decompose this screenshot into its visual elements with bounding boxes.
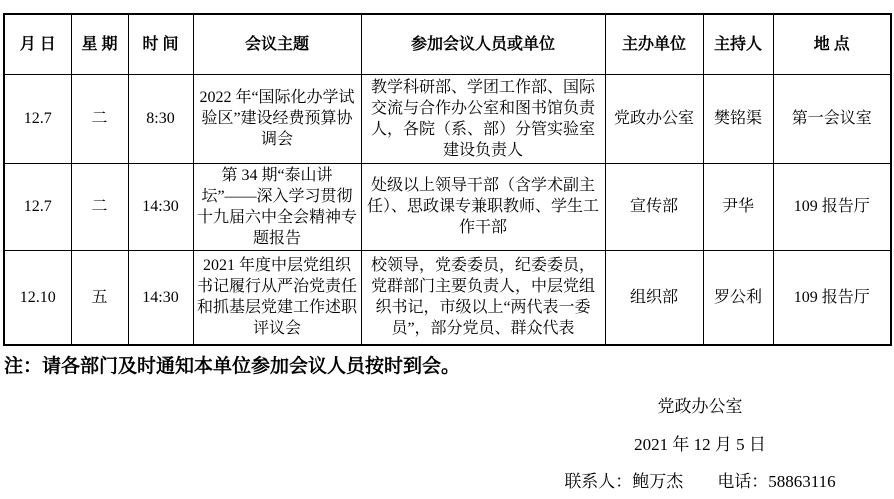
table-row: 12.7 二 14:30 第 34 期“泰山讲坛”——深入学习贯彻十九届六中全会… [4, 163, 891, 250]
cell-host: 罗公利 [703, 250, 773, 345]
cell-month-day: 12.7 [4, 163, 71, 250]
contact-person: 联系人：鲍万杰 [564, 472, 683, 491]
cell-organizer: 党政办公室 [605, 74, 703, 163]
cell-organizer: 组织部 [605, 250, 703, 345]
cell-organizer: 宣传部 [605, 163, 703, 250]
header-topic: 会议主题 [193, 14, 361, 74]
cell-weekday: 二 [71, 74, 128, 163]
cell-time: 14:30 [128, 250, 193, 345]
header-participants: 参加会议人员或单位 [361, 14, 605, 74]
meeting-schedule-table: 月 日 星 期 时 间 会议主题 参加会议人员或单位 主办单位 主持人 地 点 … [3, 13, 892, 346]
header-time: 时 间 [128, 14, 193, 74]
cell-time: 14:30 [128, 163, 193, 250]
cell-host: 尹华 [703, 163, 773, 250]
cell-host: 樊铭渠 [703, 74, 773, 163]
cell-topic: 第 34 期“泰山讲坛”——深入学习贯彻十九届六中全会精神专题报告 [193, 163, 361, 250]
header-weekday: 星 期 [71, 14, 128, 74]
cell-weekday: 五 [71, 250, 128, 345]
table-row: 12.10 五 14:30 2021 年度中层党组织书记履行从严治党责任和抓基层… [4, 250, 891, 345]
cell-topic: 2022 年“国际化办学试验区”建设经费预算协调会 [193, 74, 361, 163]
cell-topic: 2021 年度中层党组织书记履行从严治党责任和抓基层党建工作述职评议会 [193, 250, 361, 345]
contact-phone: 电话：58863116 [717, 472, 835, 491]
header-location: 地 点 [773, 14, 891, 74]
header-month-day: 月 日 [4, 14, 71, 74]
header-organizer: 主办单位 [605, 14, 703, 74]
cell-weekday: 二 [71, 163, 128, 250]
cell-location: 109 报告厅 [773, 250, 891, 345]
cell-time: 8:30 [128, 74, 193, 163]
contact-line: 联系人：鲍万杰电话：58863116 [505, 467, 894, 492]
cell-location: 109 报告厅 [773, 163, 891, 250]
cell-participants: 处级以上领导干部（含学术副主任）、思政课专兼职教师、学生工作干部 [361, 163, 605, 250]
signature-office: 党政办公室 [505, 392, 894, 417]
cell-location: 第一会议室 [773, 74, 891, 163]
cell-participants: 校领导，党委委员，纪委委员，党群部门主要负责人，中层党组织书记，市级以上“两代表… [361, 250, 605, 345]
cell-month-day: 12.7 [4, 74, 71, 163]
note-text: 注：请各部门及时通知本单位参加会议人员按时到会。 [4, 351, 460, 378]
cell-participants: 教学科研部、学团工作部、国际交流与合作办公室和图书馆负责人，各院（系、部）分管实… [361, 74, 605, 163]
table-header-row: 月 日 星 期 时 间 会议主题 参加会议人员或单位 主办单位 主持人 地 点 [4, 14, 891, 74]
signature-date: 2021 年 12 月 5 日 [505, 430, 894, 455]
cell-month-day: 12.10 [4, 250, 71, 345]
table-row: 12.7 二 8:30 2022 年“国际化办学试验区”建设经费预算协调会 教学… [4, 74, 891, 163]
header-host: 主持人 [703, 14, 773, 74]
